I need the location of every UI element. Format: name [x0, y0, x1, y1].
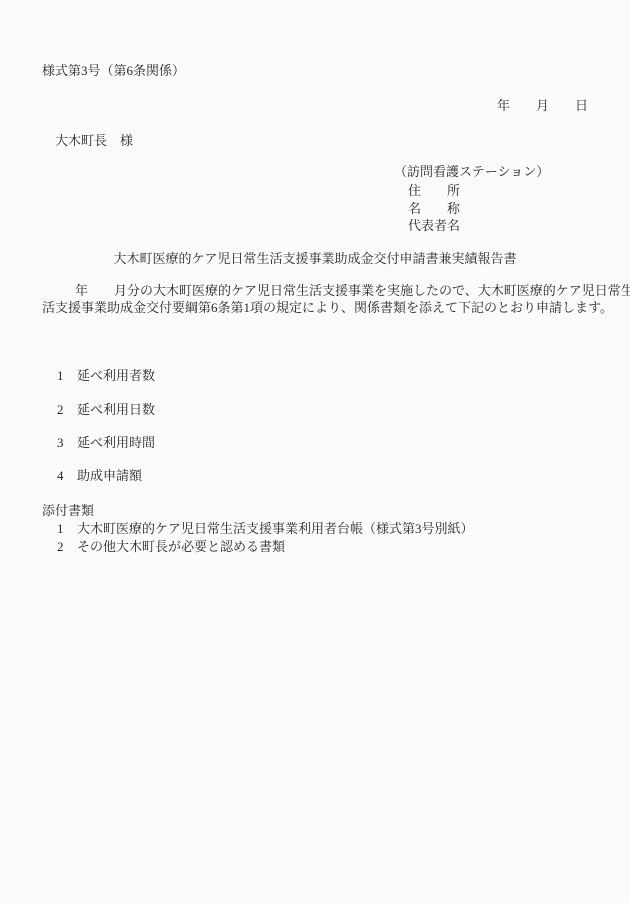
attachment-item-other: 2その他大木町長が必要と認める書類	[57, 539, 285, 554]
list-item-label: 延べ利用時間	[77, 435, 155, 450]
list-item-label: 助成申請額	[77, 468, 142, 483]
body-paragraph-line-1: 年 月分の大木町医療的ケア児日常生活支援事業を実施したので、大木町医療的ケア児日…	[42, 283, 630, 298]
sender-representative-label: 代表者名	[408, 218, 460, 233]
sender-name-label: 名 称	[408, 201, 460, 216]
list-item-number: 3	[57, 435, 77, 450]
list-item-number: 4	[57, 468, 77, 483]
addressee: 大木町長 様	[55, 133, 133, 148]
list-item-number: 1	[57, 368, 77, 383]
attachment-item-label: 大木町医療的ケア児日常生活支援事業利用者台帳（様式第3号別紙）	[77, 521, 474, 536]
attachment-item-number: 2	[57, 539, 77, 554]
attachments-heading: 添付書類	[42, 503, 94, 518]
attachment-item-label: その他大木町長が必要と認める書類	[77, 539, 285, 554]
sender-organization: （訪問看護ステーション）	[394, 164, 549, 179]
list-item-label: 延べ利用日数	[77, 402, 155, 417]
body-paragraph-line-2: 活支援事業助成金交付要綱第6条第1項の規定により、関係書類を添えて下記のとおり申…	[42, 300, 613, 315]
list-item-label: 延べ利用者数	[77, 368, 155, 383]
document-page: 様式第3号（第6条関係） 年 月 日 大木町長 様 （訪問看護ステーション） 住…	[0, 0, 630, 903]
list-item-total-days: 2延べ利用日数	[57, 402, 155, 417]
list-item-subsidy-amount: 4助成申請額	[57, 468, 142, 483]
date-line: 年 月 日	[497, 98, 588, 113]
list-item-total-hours: 3延べ利用時間	[57, 435, 155, 450]
list-item-number: 2	[57, 402, 77, 417]
attachment-item-ledger: 1大木町医療的ケア児日常生活支援事業利用者台帳（様式第3号別紙）	[57, 521, 474, 536]
form-number: 様式第3号（第6条関係）	[42, 63, 185, 78]
list-item-total-users: 1延べ利用者数	[57, 368, 155, 383]
sender-address-label: 住 所	[408, 183, 460, 198]
attachment-item-number: 1	[57, 521, 77, 536]
document-title: 大木町医療的ケア児日常生活支援事業助成金交付申請書兼実績報告書	[0, 251, 630, 266]
